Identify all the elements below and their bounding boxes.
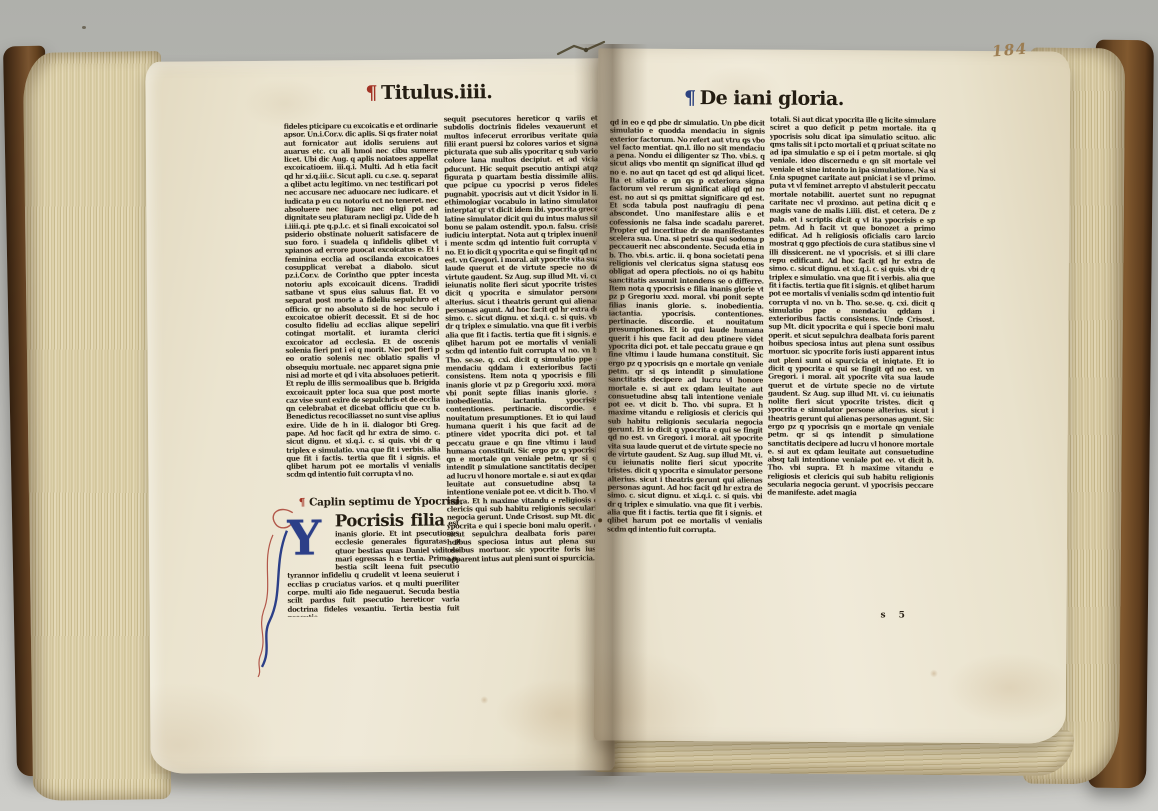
right-running-title-text: De iani gloria. <box>700 87 844 110</box>
photo-of-incunable-book: ¶Titulus.iiii. fideles pticipare cu exco… <box>0 0 1158 811</box>
handwritten-folio-number: 184 <box>991 40 1028 59</box>
illuminated-initial-Y: Y <box>287 514 331 566</box>
chapter-rubric-text: Caplin septimu de Ypocrisi. <box>309 495 463 508</box>
incipit-first-words: Pocrisis filia <box>335 511 445 530</box>
right-column-1-body: qd in eo e qd pbe dr simulatio. Un pbe d… <box>606 118 764 611</box>
quire-signature-mark: s 5 <box>880 610 910 620</box>
left-column-1-body: fideles pticipare cu excoicatis e et ord… <box>284 122 441 495</box>
dust-speck <box>82 26 86 29</box>
blue-pilcrow-mark: ¶ <box>684 87 696 109</box>
right-column-2-body: totali. Si aut dicat ypocrita ille q lic… <box>767 116 936 609</box>
right-running-title: ¶De iani gloria. <box>684 87 844 110</box>
right-page: ¶De iani gloria. qd in eo e qd pbe dr si… <box>594 48 1071 743</box>
binding-thread <box>554 32 612 60</box>
left-running-title: ¶Titulus.iiii. <box>365 81 492 104</box>
wormhole-dot <box>598 518 602 522</box>
left-page: ¶Titulus.iiii. fideles pticipare cu exco… <box>145 58 615 774</box>
chapter-rubric: ¶Caplin septimu de Ypocrisi. <box>299 495 463 509</box>
left-column-2-body: sequit psecutores hereticor q variis et … <box>444 114 602 615</box>
left-running-title-text: Titulus.iiii. <box>381 81 492 104</box>
red-pilcrow-mark: ¶ <box>365 82 377 104</box>
chapter-incipit: YPocrisis filia est inanis glorie. Et in… <box>287 511 460 616</box>
